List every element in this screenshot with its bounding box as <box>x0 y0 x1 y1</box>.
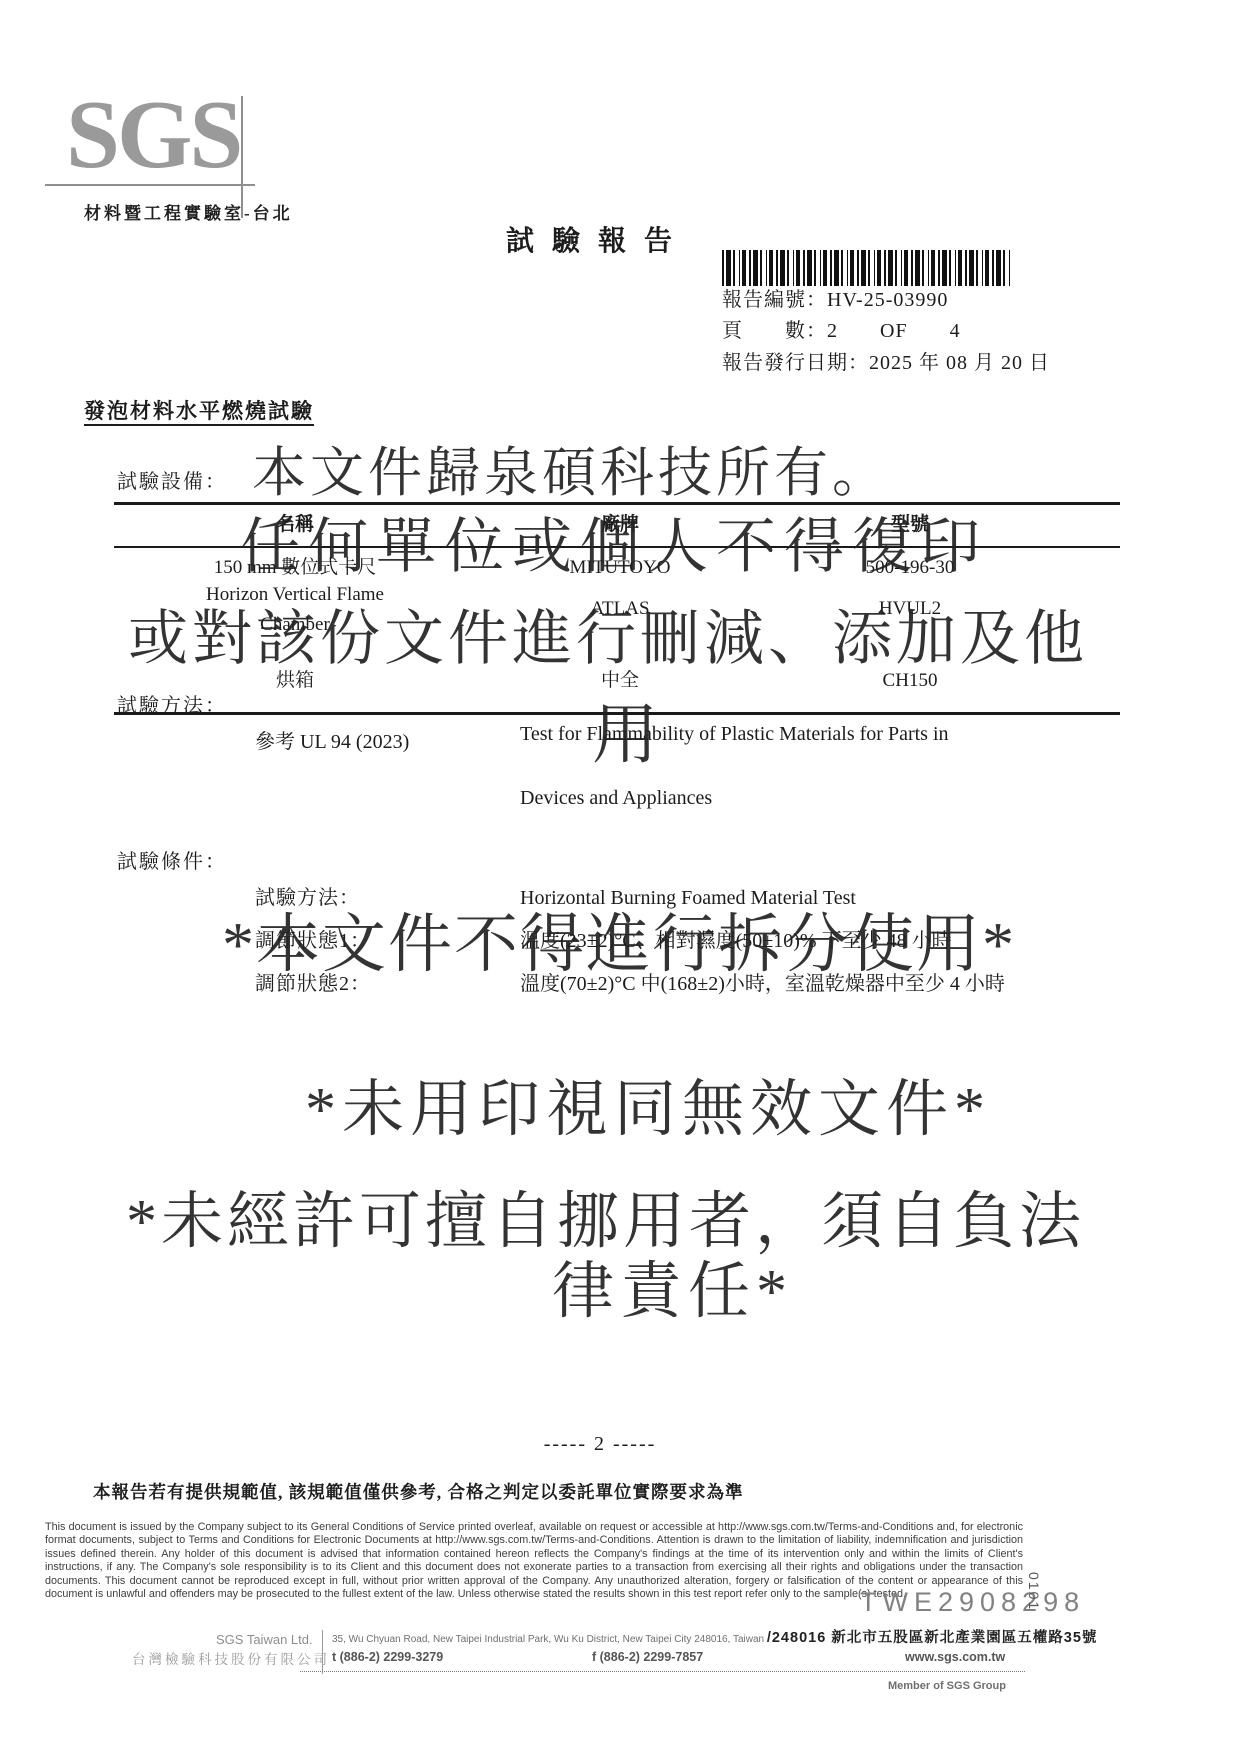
page-count-label: 頁 數： <box>722 320 827 342</box>
logo-vertical-line <box>241 96 243 218</box>
footer-website: www.sgs.com.tw <box>905 1650 1005 1666</box>
spec-note: 本報告若有提供規範值, 該規範值僅供參考, 合格之判定以委託單位實際要求為準 <box>93 1482 744 1504</box>
conditions-label: 試驗條件： <box>117 850 227 875</box>
method-description-line-2: Devices and Appliances <box>520 786 712 811</box>
footer-company-en: SGS Taiwan Ltd. <box>216 1632 313 1648</box>
watermark-line-5: *本文件不得進行拆分使用* <box>222 910 1016 980</box>
lab-name: 材料暨工程實驗室-台北 <box>84 203 293 224</box>
logo-horizontal-line <box>45 184 255 186</box>
footer-address: 35, Wu Chyuan Road, New Taipei Industria… <box>332 1629 1097 1647</box>
footer-phone: t (886-2) 2299-3279 <box>332 1650 443 1666</box>
document-stamp-number: TWE2908298 <box>860 1586 1085 1620</box>
footer-dotted-rule <box>300 1671 1025 1672</box>
watermark-line-6: *未用印視同無效文件* <box>305 1076 991 1144</box>
issue-date-value: 2025 年 08 月 20 日 <box>869 352 1050 374</box>
page-number-marker: ----- 2 ----- <box>460 1432 740 1457</box>
member-of-sgs-group: Member of SGS Group <box>888 1680 1006 1694</box>
footer-company-zh: 台灣檢驗科技股份有限公司 <box>132 1652 330 1669</box>
report-number-value: HV-25-03990 <box>827 289 948 311</box>
method-description-line-1: Test for Flammability of Plastic Materia… <box>520 722 949 747</box>
barcode <box>722 250 1012 286</box>
method-label: 試驗方法： <box>117 694 227 719</box>
condition-1-value: Horizontal Burning Foamed Material Test <box>520 886 856 911</box>
page-count-line: 頁 數：2 OF 4 <box>722 319 961 344</box>
watermark-line-3: 或對該份文件進行刪減、添加及他 <box>128 606 1088 672</box>
footer-address-zh: /248016 新北市五股區新北產業園區五權路35號 <box>767 1630 1098 1646</box>
method-reference: 參考 UL 94 (2023) <box>255 730 409 755</box>
watermark-line-4: 用 <box>592 700 658 773</box>
page-count-value: 2 OF 4 <box>827 320 961 342</box>
section-title: 發泡材料水平燃燒試驗 <box>84 398 314 424</box>
test-report-page: SGS 材料暨工程實驗室-台北 試驗報告 報告編號：HV-25-03990 頁 … <box>0 0 1240 1754</box>
watermark-line-8: 律責任* <box>552 1258 793 1326</box>
watermark-line-1: 本文件歸泉碩科技所有。 <box>252 444 890 503</box>
condition-1-label: 試驗方法： <box>255 886 360 911</box>
side-code: 0101 <box>1025 1572 1043 1611</box>
footer-address-en: 35, Wu Chyuan Road, New Taipei Industria… <box>332 1634 767 1645</box>
watermark-line-7: *未經許可擅自挪用者，須自負法 <box>126 1188 1085 1256</box>
issue-date-line: 報告發行日期：2025 年 08 月 20 日 <box>722 351 1050 376</box>
footer-fax: f (886-2) 2299-7857 <box>592 1650 703 1666</box>
footer-divider-line <box>322 1630 323 1674</box>
document-title: 試驗報告 <box>506 224 690 259</box>
report-number-line: 報告編號：HV-25-03990 <box>722 288 948 313</box>
equipment-label: 試驗設備： <box>117 470 227 495</box>
sgs-logo: SGS <box>66 86 240 183</box>
watermark-line-2: 任何單位或個人不得復印 <box>240 514 988 580</box>
report-number-label: 報告編號： <box>722 289 827 311</box>
issue-date-label: 報告發行日期： <box>722 352 869 374</box>
